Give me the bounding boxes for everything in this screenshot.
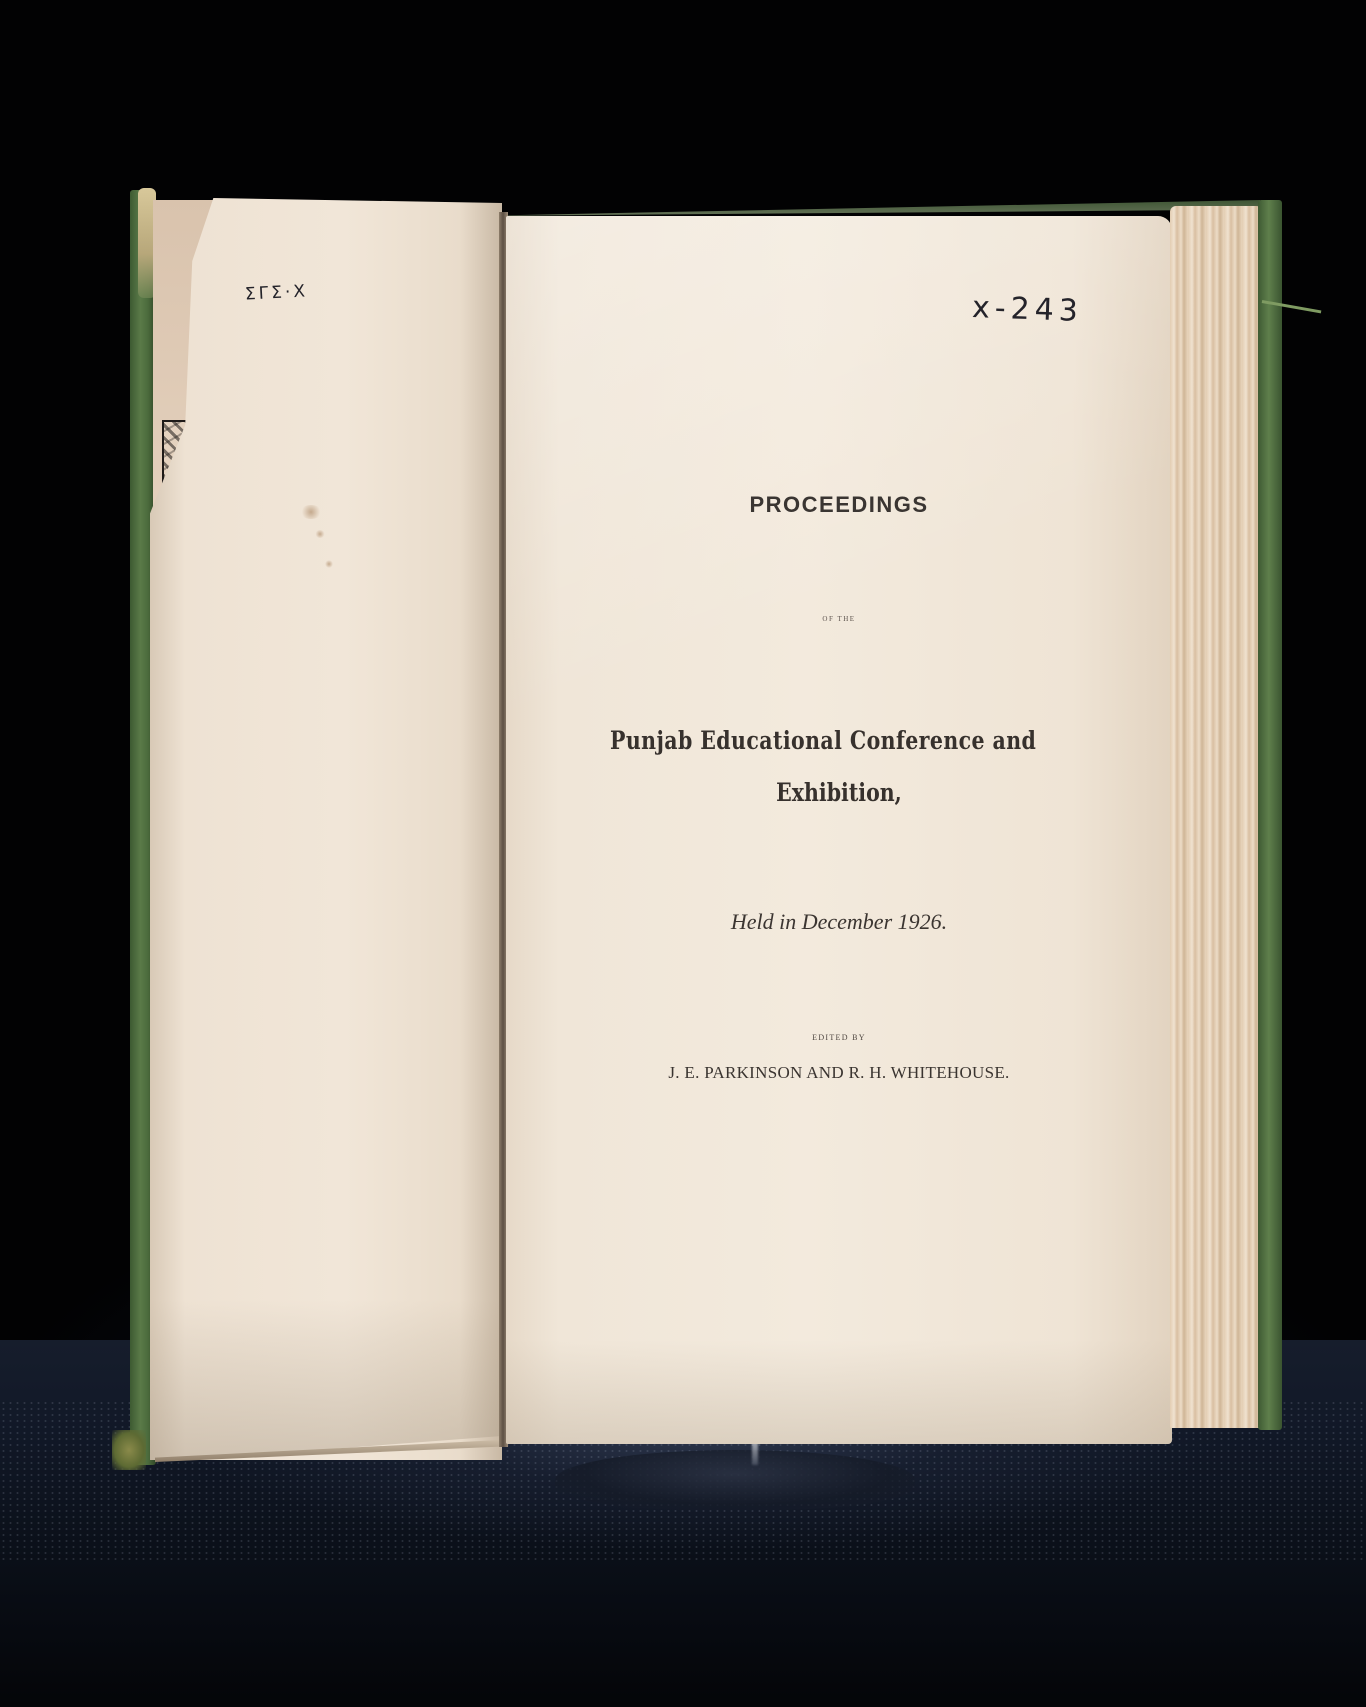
editors-names: J. E. PARKINSON AND R. H. WHITEHOUSE. [506, 1063, 1172, 1083]
title-proceedings: PROCEEDINGS [506, 492, 1172, 518]
conference-name-line2: Exhibition, [566, 778, 1112, 807]
held-date: Held in December 1926. [506, 909, 1172, 935]
edited-by-label: EDITED BY [506, 1033, 1172, 1042]
book-photograph: ΣΓΣ·X x-243 PROCEEDINGS OF THE Punjab Ed… [0, 0, 1366, 1707]
conference-name-line1: Punjab Educational Conference and [610, 726, 963, 755]
title-page-shadow [506, 1340, 1172, 1444]
title-page [506, 216, 1172, 1444]
foxing-stain [315, 530, 325, 538]
flyleaf-shadow [150, 1300, 502, 1460]
right-cover-edge [1258, 200, 1282, 1430]
left-flyleaf-page [150, 198, 502, 1460]
book-stand-shadow [555, 1450, 915, 1510]
frayed-cloth-bottom [112, 1430, 146, 1470]
foxing-stain [325, 560, 333, 568]
page-edges [1170, 206, 1268, 1428]
handwritten-annotation-left: ΣΓΣ·X [245, 281, 309, 304]
foxing-stain [300, 505, 322, 519]
subtitle-of-the: OF THE [506, 615, 1172, 623]
handwritten-catalog-number: x-243 [971, 290, 1083, 329]
